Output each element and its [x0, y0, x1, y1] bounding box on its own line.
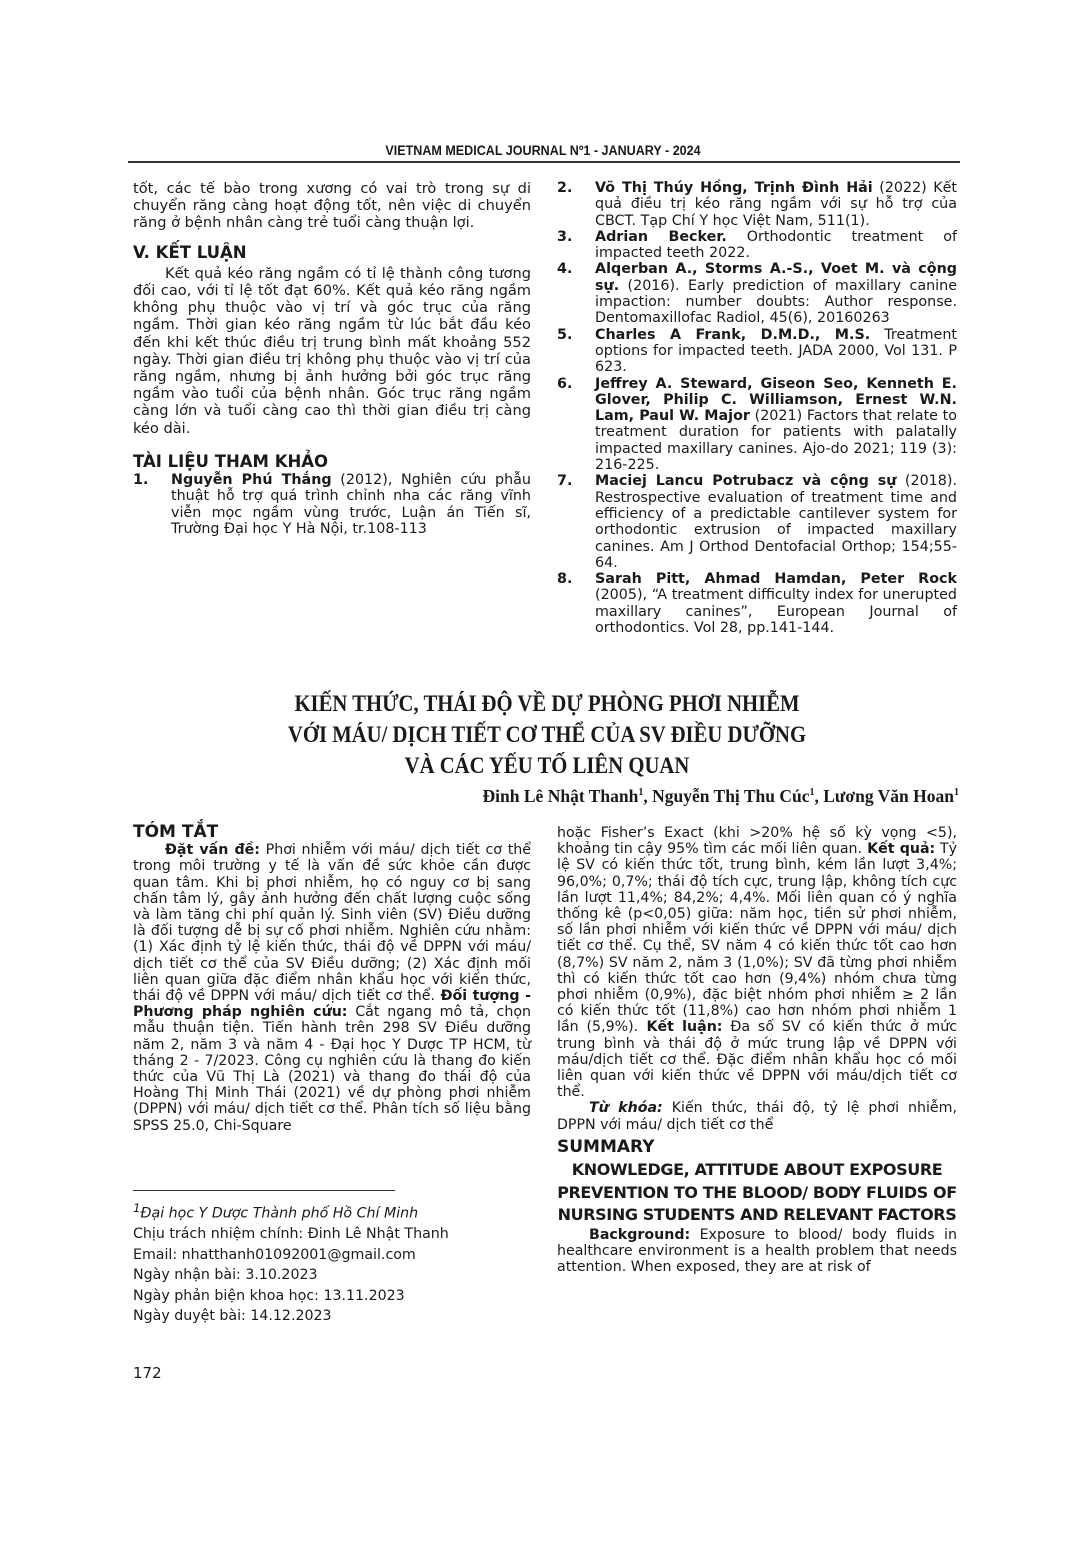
reference-authors: Maciej Lancu Potrubacz và cộng sự	[595, 473, 896, 489]
reference-authors: Adrian Becker.	[595, 229, 727, 245]
footnote-divider	[133, 1190, 395, 1191]
reference-item: 2. Võ Thị Thúy Hồng, Trịnh Đình Hải (202…	[557, 180, 957, 229]
page-number: 172	[133, 1364, 162, 1382]
article-title-line: VÀ CÁC YẾU TỐ LIÊN QUAN	[174, 750, 919, 781]
reference-number: 3.	[557, 229, 595, 262]
reference-item: 7. Maciej Lancu Potrubacz và cộng sự (20…	[557, 473, 957, 571]
reference-number: 8.	[557, 571, 595, 636]
previous-article-left-column: tốt, các tế bào trong xương có vai trò t…	[133, 180, 531, 537]
email-line[interactable]: Email: nhatthanh01092001@gmail.com	[133, 1245, 533, 1266]
abstract-right-column: hoặc Fisher’s Exact (khi >20% hệ số kỳ v…	[557, 825, 957, 1275]
reference-number: 7.	[557, 473, 595, 571]
author-name: Nguyễn Thị Thu Cúc	[652, 786, 809, 806]
abstract-continued: hoặc Fisher’s Exact (khi >20% hệ số kỳ v…	[557, 825, 957, 1100]
reference-number: 5.	[557, 327, 595, 376]
footnote: 1Đại học Y Dược Thành phố Hồ Chí Minh Ch…	[133, 1198, 533, 1327]
reference-number: 4.	[557, 261, 595, 326]
reference-number: 1.	[133, 472, 171, 537]
keywords-label: Từ khóa:	[589, 1100, 663, 1116]
reference-item: 8. Sarah Pitt, Ahmad Hamdan, Peter Rock …	[557, 571, 957, 636]
reference-authors: Sarah Pitt, Ahmad Hamdan, Peter Rock	[595, 571, 957, 587]
author-list: Đinh Lê Nhật Thanh1, Nguyễn Thị Thu Cúc1…	[133, 786, 959, 807]
reference-item: 1. Nguyễn Phú Thắng (2012), Nghiên cứu p…	[133, 472, 531, 537]
author-name: Đinh Lê Nhật Thanh	[483, 786, 639, 806]
affiliation-marker: 1	[133, 1201, 141, 1215]
conclusion-heading: V. KẾT LUẬN	[133, 244, 531, 261]
running-header: VIETNAM MEDICAL JOURNAL Nº1 - JANUARY - …	[157, 143, 929, 158]
continued-paragraph: tốt, các tế bào trong xương có vai trò t…	[133, 180, 531, 232]
background-label: Đặt vấn đề:	[165, 842, 260, 858]
received-date: Ngày nhận bài: 3.10.2023	[133, 1265, 533, 1286]
review-date: Ngày phản biện khoa học: 13.11.2023	[133, 1286, 533, 1307]
reference-number: 6.	[557, 376, 595, 474]
reference-item: 6. Jeffrey A. Steward, Giseon Seo, Kenne…	[557, 376, 957, 474]
reference-details: (2005), “A treatment difficulty index fo…	[595, 587, 957, 636]
summary-title: KNOWLEDGE, ATTITUDE ABOUT EXPOSURE PREVE…	[557, 1159, 957, 1227]
affiliation-marker: 1	[954, 787, 959, 798]
reference-authors: Võ Thị Thúy Hồng, Trịnh Đình Hải	[595, 180, 873, 196]
abstract-left-column: TÓM TẮT Đặt vấn đề: Phơi nhiễm với máu/ …	[133, 824, 531, 1134]
reference-item: 5. Charles A Frank, D.M.D., M.S. Treatme…	[557, 327, 957, 376]
reference-number: 2.	[557, 180, 595, 229]
references-right-column: 2. Võ Thị Thúy Hồng, Trịnh Đình Hải (202…	[557, 180, 957, 636]
references-heading: TÀI LIỆU THAM KHẢO	[133, 453, 531, 470]
summary-background-label: Background:	[589, 1227, 690, 1243]
summary-heading: SUMMARY	[557, 1139, 957, 1155]
reference-authors: Charles A Frank, D.M.D., M.S.	[595, 327, 870, 343]
methods-text: Cắt ngang mô tả, chọn mẫu thuận tiện. Ti…	[133, 1004, 531, 1133]
corresponding-author: Chịu trách nhiệm chính: Đinh Lê Nhật Tha…	[133, 1224, 533, 1245]
author-name: Lương Văn Hoan	[823, 786, 954, 806]
conclusion-text: Kết quả kéo răng ngầm có tỉ lệ thành côn…	[133, 265, 531, 437]
affiliation-marker: 1	[638, 787, 643, 798]
article-title-line: VỚI MÁU/ DỊCH TIẾT CƠ THỂ CỦA SV ĐIỀU DƯ…	[174, 719, 919, 750]
article-title: KIẾN THỨC, THÁI ĐỘ VỀ DỰ PHÒNG PHƠI NHIỄ…	[174, 688, 919, 781]
keywords-paragraph: Từ khóa: Kiến thức, thái độ, tỷ lệ phơi …	[557, 1100, 957, 1132]
journal-page: VIETNAM MEDICAL JOURNAL Nº1 - JANUARY - …	[0, 0, 1090, 1541]
accepted-date: Ngày duyệt bài: 14.12.2023	[133, 1306, 533, 1327]
background-text: Phơi nhiễm với máu/ dịch tiết cơ thể tro…	[133, 842, 531, 1004]
article-title-line: KIẾN THỨC, THÁI ĐỘ VỀ DỰ PHÒNG PHƠI NHIỄ…	[174, 688, 919, 719]
reference-details: (2016). Early prediction of maxillary ca…	[595, 278, 957, 327]
header-divider	[128, 161, 960, 163]
affiliation-text: Đại học Y Dược Thành phố Hồ Chí Minh	[141, 1206, 419, 1222]
abstract-heading: TÓM TẮT	[133, 824, 531, 840]
summary-paragraph: Background: Exposure to blood/ body flui…	[557, 1227, 957, 1276]
affiliation-line: 1Đại học Y Dược Thành phố Hồ Chí Minh	[133, 1198, 533, 1224]
reference-item: 4. Alqerban A., Storms A.-S., Voet M. và…	[557, 261, 957, 326]
affiliation-marker: 1	[810, 787, 815, 798]
conclusion-label: Kết luận:	[638, 1019, 722, 1035]
abstract-paragraph: Đặt vấn đề: Phơi nhiễm với máu/ dịch tiế…	[133, 842, 531, 1134]
reference-item: 3. Adrian Becker. Orthodontic treatment …	[557, 229, 957, 262]
results-text: Tỷ lệ SV có kiến thức tốt, trung bình, k…	[557, 841, 957, 1035]
reference-authors: Nguyễn Phú Thắng	[171, 472, 332, 488]
results-label: Kết quả:	[862, 841, 935, 857]
